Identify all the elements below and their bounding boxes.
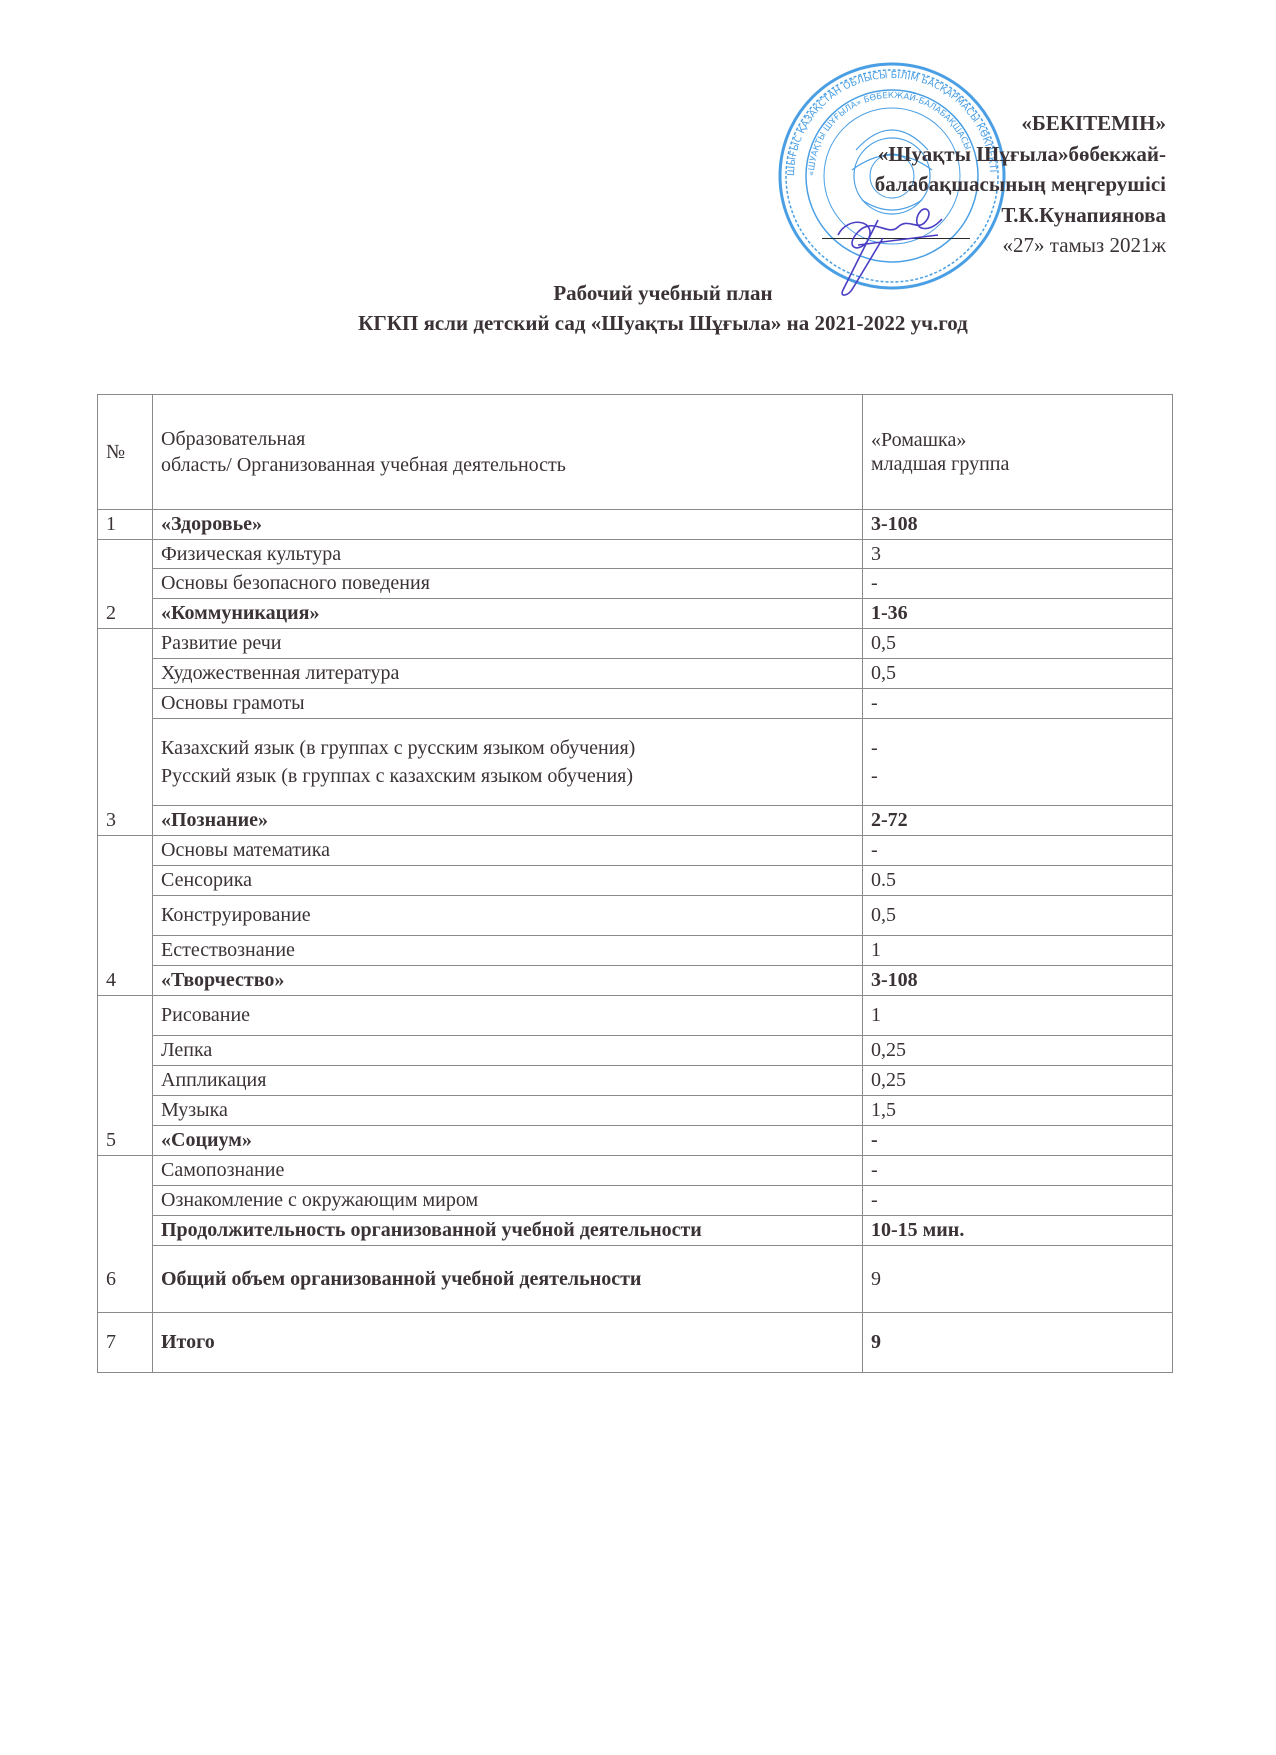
row-number: 3 (98, 806, 153, 836)
table-row: Естествознание1 (98, 936, 1173, 966)
row-value: 1,5 (863, 1096, 1173, 1126)
approval-heading: «БЕКІТЕМІН» (875, 108, 1166, 139)
table-row: Ознакомление с окружающим миром- (98, 1186, 1173, 1216)
header-group: «Ромашка» младшая группа (863, 395, 1173, 510)
row-number (98, 629, 153, 659)
table-row: Основы математика- (98, 836, 1173, 866)
document-subtitle: КГКП ясли детский сад «Шуақты Шұғыла» на… (25, 308, 1276, 338)
row-area-name: Основы грамоты (153, 689, 863, 719)
row-area-name: Итого (153, 1313, 863, 1373)
table-row: Основы грамоты- (98, 689, 1173, 719)
row-number (98, 1216, 153, 1246)
row-area-name: Аппликация (153, 1066, 863, 1096)
row-number: 5 (98, 1126, 153, 1156)
row-value: 0,25 (863, 1066, 1173, 1096)
row-number (98, 540, 153, 569)
row-number: 2 (98, 599, 153, 629)
header-area-line2: область/ Организованная учебная деятельн… (161, 452, 854, 478)
header-number: № (98, 395, 153, 510)
row-value: 0.5 (863, 866, 1173, 896)
signature-line (822, 238, 970, 239)
row-value: 2-72 (863, 806, 1173, 836)
row-area-name: Художественная литература (153, 659, 863, 689)
header-group-line2: младшая группа (871, 452, 1164, 476)
row-value: 0,5 (863, 659, 1173, 689)
approval-date: «27» тамыз 2021ж (875, 230, 1166, 261)
table-row: Продолжительность организованной учебной… (98, 1216, 1173, 1246)
row-value: -- (863, 719, 1173, 806)
row-value: 9 (863, 1313, 1173, 1373)
row-number (98, 1156, 153, 1186)
row-value: 3 (863, 540, 1173, 569)
row-value: - (863, 1186, 1173, 1216)
row-number (98, 719, 153, 806)
row-number: 4 (98, 966, 153, 996)
approval-position-line: балабақшасының меңгерушісі (875, 169, 1166, 200)
row-number (98, 896, 153, 936)
header-group-line1: «Ромашка» (871, 428, 1164, 452)
header-area: Образовательная область/ Организованная … (153, 395, 863, 510)
row-area-name: «Здоровье» (153, 510, 863, 540)
row-value: 1 (863, 996, 1173, 1036)
table-row: Сенсорика0.5 (98, 866, 1173, 896)
row-value: 0,25 (863, 1036, 1173, 1066)
row-number (98, 689, 153, 719)
table-row: Аппликация0,25 (98, 1066, 1173, 1096)
row-value: - (863, 569, 1173, 599)
document-title: Рабочий учебный план (25, 278, 1276, 308)
row-area-name: «Творчество» (153, 966, 863, 996)
table-row: Художественная литература0,5 (98, 659, 1173, 689)
table-section-row: 1«Здоровье»3-108 (98, 510, 1173, 540)
curriculum-table: № Образовательная область/ Организованна… (97, 394, 1173, 1373)
approval-org-line: «Шуақты Шұғыла»бөбекжай- (875, 139, 1166, 170)
table-section-row: 2«Коммуникация»1-36 (98, 599, 1173, 629)
row-number (98, 836, 153, 866)
table-section-row: 4«Творчество»3-108 (98, 966, 1173, 996)
row-number (98, 569, 153, 599)
table-row: Развитие речи0,5 (98, 629, 1173, 659)
row-value: 3-108 (863, 966, 1173, 996)
table-row: Самопознание- (98, 1156, 1173, 1186)
row-number (98, 996, 153, 1036)
table-section-row: 3«Познание»2-72 (98, 806, 1173, 836)
row-value: 3-108 (863, 510, 1173, 540)
row-number (98, 659, 153, 689)
row-value: - (863, 689, 1173, 719)
row-value: 0,5 (863, 629, 1173, 659)
row-value: - (863, 1156, 1173, 1186)
row-number (98, 1096, 153, 1126)
row-number (98, 866, 153, 896)
row-area-name: Самопознание (153, 1156, 863, 1186)
row-value: 9 (863, 1246, 1173, 1313)
table-row: 6Общий объем организованной учебной деят… (98, 1246, 1173, 1313)
table-row: Казахский язык (в группах с русским язык… (98, 719, 1173, 806)
row-value: 10-15 мин. (863, 1216, 1173, 1246)
row-value: 1-36 (863, 599, 1173, 629)
row-area-name-line: Русский язык (в группах с казахским язык… (161, 762, 854, 790)
table-row: Физическая культура3 (98, 540, 1173, 569)
row-area-name: Основы безопасного поведения (153, 569, 863, 599)
row-value: - (863, 1126, 1173, 1156)
row-area-name: Естествознание (153, 936, 863, 966)
row-value-line: - (871, 762, 1164, 790)
row-area-name-line: Казахский язык (в группах с русским язык… (161, 734, 854, 762)
row-area-name: Ознакомление с окружающим миром (153, 1186, 863, 1216)
row-area-name: Музыка (153, 1096, 863, 1126)
row-number: 6 (98, 1246, 153, 1313)
row-number (98, 1036, 153, 1066)
table-row: Конструирование0,5 (98, 896, 1173, 936)
table-row: 7Итого9 (98, 1313, 1173, 1373)
approval-signatory: Т.К.Кунапиянова (875, 200, 1166, 231)
row-number (98, 936, 153, 966)
header-area-line1: Образовательная (161, 426, 854, 452)
row-area-name: Развитие речи (153, 629, 863, 659)
table-header-row: № Образовательная область/ Организованна… (98, 395, 1173, 510)
row-area-name: Лепка (153, 1036, 863, 1066)
row-value-line: - (871, 734, 1164, 762)
row-area-name: «Социум» (153, 1126, 863, 1156)
table-row: Рисование1 (98, 996, 1173, 1036)
row-value: - (863, 836, 1173, 866)
row-area-name: Сенсорика (153, 866, 863, 896)
row-area-name: «Коммуникация» (153, 599, 863, 629)
row-area-name: Основы математика (153, 836, 863, 866)
row-area-name: Рисование (153, 996, 863, 1036)
table-row: Основы безопасного поведения- (98, 569, 1173, 599)
row-area-name: Конструирование (153, 896, 863, 936)
row-value: 0,5 (863, 896, 1173, 936)
row-area-name: Общий объем организованной учебной деяте… (153, 1246, 863, 1313)
row-number (98, 1066, 153, 1096)
table-section-row: 5«Социум»- (98, 1126, 1173, 1156)
row-area-name: Казахский язык (в группах с русским язык… (153, 719, 863, 806)
row-area-name: Продолжительность организованной учебной… (153, 1216, 863, 1246)
row-area-name: Физическая культура (153, 540, 863, 569)
row-number: 1 (98, 510, 153, 540)
row-area-name: «Познание» (153, 806, 863, 836)
table-row: Музыка1,5 (98, 1096, 1173, 1126)
table-row: Лепка0,25 (98, 1036, 1173, 1066)
row-value: 1 (863, 936, 1173, 966)
row-number (98, 1186, 153, 1216)
row-number: 7 (98, 1313, 153, 1373)
